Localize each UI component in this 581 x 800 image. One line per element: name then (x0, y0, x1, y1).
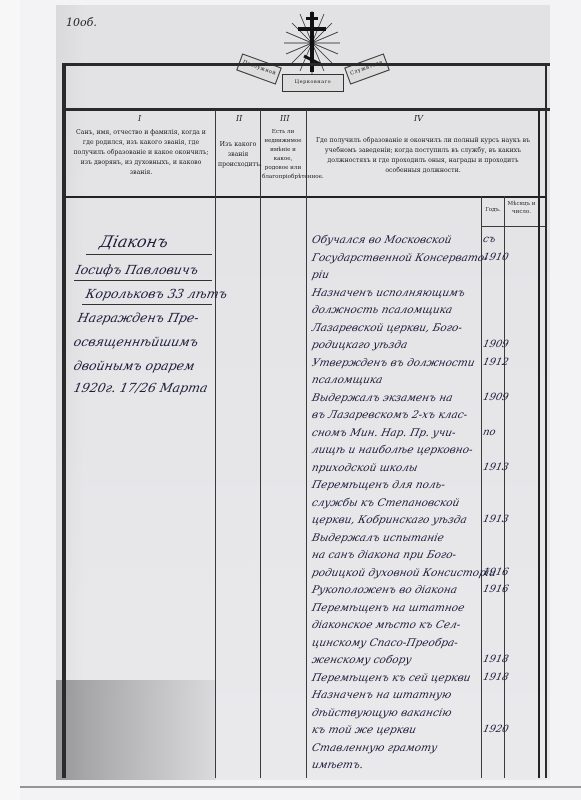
page-number: 10об. (66, 16, 97, 29)
service-line: Ставленную грамоту (311, 742, 439, 754)
service-line: женскому собору (311, 654, 413, 666)
name-text: Іосифъ Павловичъ (74, 262, 199, 277)
column-number: III (280, 114, 289, 123)
service-line: родицкаго уѣзда (311, 339, 409, 351)
service-line: Рукоположенъ во діакона (311, 584, 459, 596)
column-header-1: Санъ, имя, отчество и фамилія, когда и г… (70, 128, 212, 178)
year-entry: 1916 (482, 567, 510, 578)
service-line: ріи (311, 269, 330, 281)
award-line: Награжденъ Пре- (76, 310, 200, 325)
column-number: IV (414, 114, 423, 123)
service-line: діаконское мѣсто къ Сел- (311, 619, 462, 631)
service-line: Утвержденъ въ должности (311, 357, 476, 369)
column-header-4: Где получилъ образованіе и окончилъ ли п… (310, 136, 536, 176)
subheader-month-day: Мѣсяцъ и число. (505, 200, 538, 216)
award-line: освященнѣйшимъ (72, 334, 199, 349)
year-entry: 1920 (482, 724, 510, 735)
scan-bottom-edge (20, 786, 581, 788)
service-line: службы къ Степановской (311, 497, 461, 509)
service-line: Перемѣщенъ на штатное (311, 602, 466, 614)
service-line: на санъ діакона при Бого- (311, 549, 458, 561)
column-divider (538, 110, 540, 778)
service-line: Лазаревской церкви, Бого- (311, 322, 463, 334)
year-entry: 1913 (482, 514, 510, 525)
column-divider (260, 110, 261, 778)
column-number: I (138, 114, 141, 123)
service-line: сномъ Мин. Нар. Пр. учи- (311, 427, 457, 439)
column-divider (504, 196, 505, 778)
underline (82, 304, 212, 305)
service-line: Обучался во Московской (311, 234, 453, 246)
award-line: двойнымъ орарем (72, 358, 196, 373)
year-entry: 1916 (482, 584, 510, 595)
year-entry: 1909 (482, 339, 510, 350)
service-line: Выдержалъ испытаніе (311, 532, 445, 544)
ribbon-center: Церковнаго (282, 74, 344, 92)
subheader-year: Годъ. (482, 206, 504, 214)
service-line: въ Лазаревскомъ 2-хъ клас- (311, 409, 469, 421)
column-header-2: Изъ какого званія происходитъ. (218, 140, 258, 170)
service-line: должность псаломщика (311, 304, 454, 316)
service-line: псаломщика (311, 374, 384, 386)
service-line: церкви, Кобринскаго уѣзда (311, 514, 468, 526)
service-line: Перемѣщенъ къ сей церкви (311, 672, 472, 684)
service-line: лищѣ и наиболѣе церковно- (311, 444, 474, 456)
left-border-rule (62, 63, 66, 778)
year-entry: по (482, 427, 497, 438)
service-line: Выдержалъ экзаменъ на (311, 392, 454, 404)
service-line: Назначенъ исполняющимъ (311, 287, 466, 299)
top-border-rule (62, 63, 550, 66)
service-line: къ той же церкви (311, 724, 417, 736)
service-line: дѣйствующую вакансію (311, 707, 453, 719)
right-border-rule (545, 63, 547, 778)
service-line: Государственной Консервато- (311, 252, 489, 264)
scan-shadow (56, 680, 216, 780)
service-line: Назначенъ на штатную (311, 689, 453, 701)
column-divider (215, 110, 216, 778)
surname-age-text: Корольковъ 33 лѣтъ (84, 286, 228, 301)
year-entry: 1909 (482, 392, 510, 403)
service-line: имѣетъ. (311, 759, 365, 771)
service-line: Перемѣщенъ для поль- (311, 479, 446, 491)
service-line: родицкой духовной Консисторіи (311, 567, 497, 579)
subheader-rule (481, 226, 545, 227)
underline (86, 254, 212, 255)
year-entry: съ (482, 234, 497, 245)
award-line: 1920г. 17/26 Марта (72, 380, 209, 395)
column-number: II (236, 114, 242, 123)
column-divider (306, 110, 307, 778)
year-entry: 1918 (482, 654, 510, 665)
year-entry: 1913 (482, 462, 510, 473)
year-entry: 1918 (482, 672, 510, 683)
year-entry: 1910 (482, 252, 510, 263)
column-header-3: Есть ли недвижимое имѣніе и какое, родов… (262, 128, 304, 182)
scan-margin (0, 0, 20, 800)
underline (74, 280, 212, 281)
column-divider (481, 196, 482, 778)
service-line: приходской школы (311, 462, 419, 474)
service-line: цинскому Спасо-Преобра- (311, 637, 459, 649)
rank-text: Діаконъ (98, 232, 170, 251)
year-entry: 1912 (482, 357, 510, 368)
